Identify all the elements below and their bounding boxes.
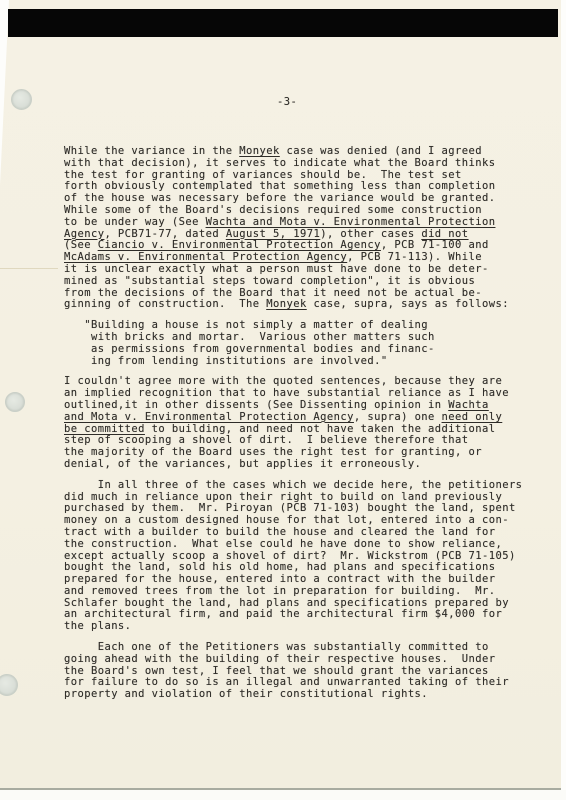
crease-line [0, 268, 58, 269]
document-text: While the variance in the Monyek case wa… [64, 146, 539, 710]
scanner-black-bar [8, 9, 558, 37]
paragraph: In all three of the cases which we decid… [64, 480, 539, 633]
quote-block: "Building a house is not simply a matter… [64, 320, 539, 367]
hole-punch-bottom [0, 674, 18, 696]
text-line: an architectural firm, and paid the arch… [64, 609, 539, 621]
hole-punch-middle [5, 392, 25, 412]
scan-background [0, 790, 566, 800]
hole-punch-top [11, 89, 32, 110]
text-line: ing from lending institutions are involv… [64, 356, 539, 368]
paragraph: I couldn't agree more with the quoted se… [64, 376, 539, 470]
page-number: -3- [277, 97, 297, 109]
text-line: denial, of the variances, but applies it… [64, 459, 539, 471]
text-line: ginning of construction. The Monyek case… [64, 299, 539, 311]
scanned-page: -3- While the variance in the Monyek cas… [0, 0, 566, 800]
paragraph: While the variance in the Monyek case wa… [64, 146, 539, 311]
paragraph: Each one of the Petitioners was substant… [64, 642, 539, 701]
text-line: the plans. [64, 621, 539, 633]
text-line: property and violation of their constitu… [64, 689, 539, 701]
